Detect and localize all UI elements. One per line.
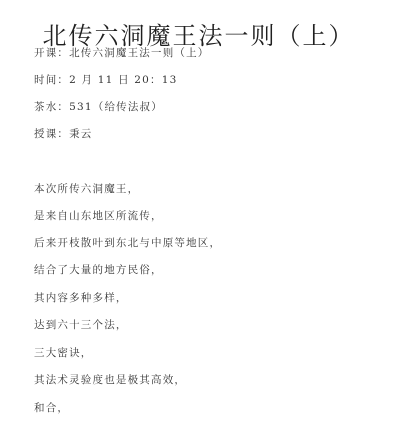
body-line: 后来开枝散叶到东北与中原等地区， <box>34 236 221 250</box>
meta-time: 时间：2 月 11 日 20：13 <box>34 73 178 87</box>
meta-teacher: 授课：秉云 <box>34 127 93 141</box>
body-line: 达到六十三个法， <box>34 318 128 332</box>
document-page: 北传六洞魔王法一则（上） 开课：北传六洞魔王法一则（上） 时间：2 月 11 日… <box>0 0 397 424</box>
meta-course-label: 开课： <box>34 47 69 59</box>
meta-fee: 茶水：531（给传法叔） <box>34 100 163 114</box>
body-line: 结合了大量的地方民俗， <box>34 263 163 277</box>
meta-course: 开课：北传六洞魔王法一则（上） <box>34 46 210 60</box>
meta-teacher-value: 秉云 <box>69 128 92 140</box>
meta-course-value: 北传六洞魔王法一则（上） <box>69 47 209 59</box>
meta-time-label: 时间： <box>34 74 69 86</box>
body-line: 其法术灵验度也是极其高效， <box>34 373 186 387</box>
body-line: 其内容多种多样， <box>34 291 128 305</box>
meta-fee-value: 531（给传法叔） <box>69 101 163 113</box>
body-line: 本次所传六洞魔王， <box>34 182 139 196</box>
body-line: 三大密诀， <box>34 346 93 360</box>
meta-fee-label: 茶水： <box>34 101 69 113</box>
meta-teacher-label: 授课： <box>34 128 69 140</box>
body-line: 和合， <box>34 401 69 415</box>
meta-time-value: 2 月 11 日 20：13 <box>69 74 177 86</box>
body-line: 是来自山东地区所流传， <box>34 209 163 223</box>
